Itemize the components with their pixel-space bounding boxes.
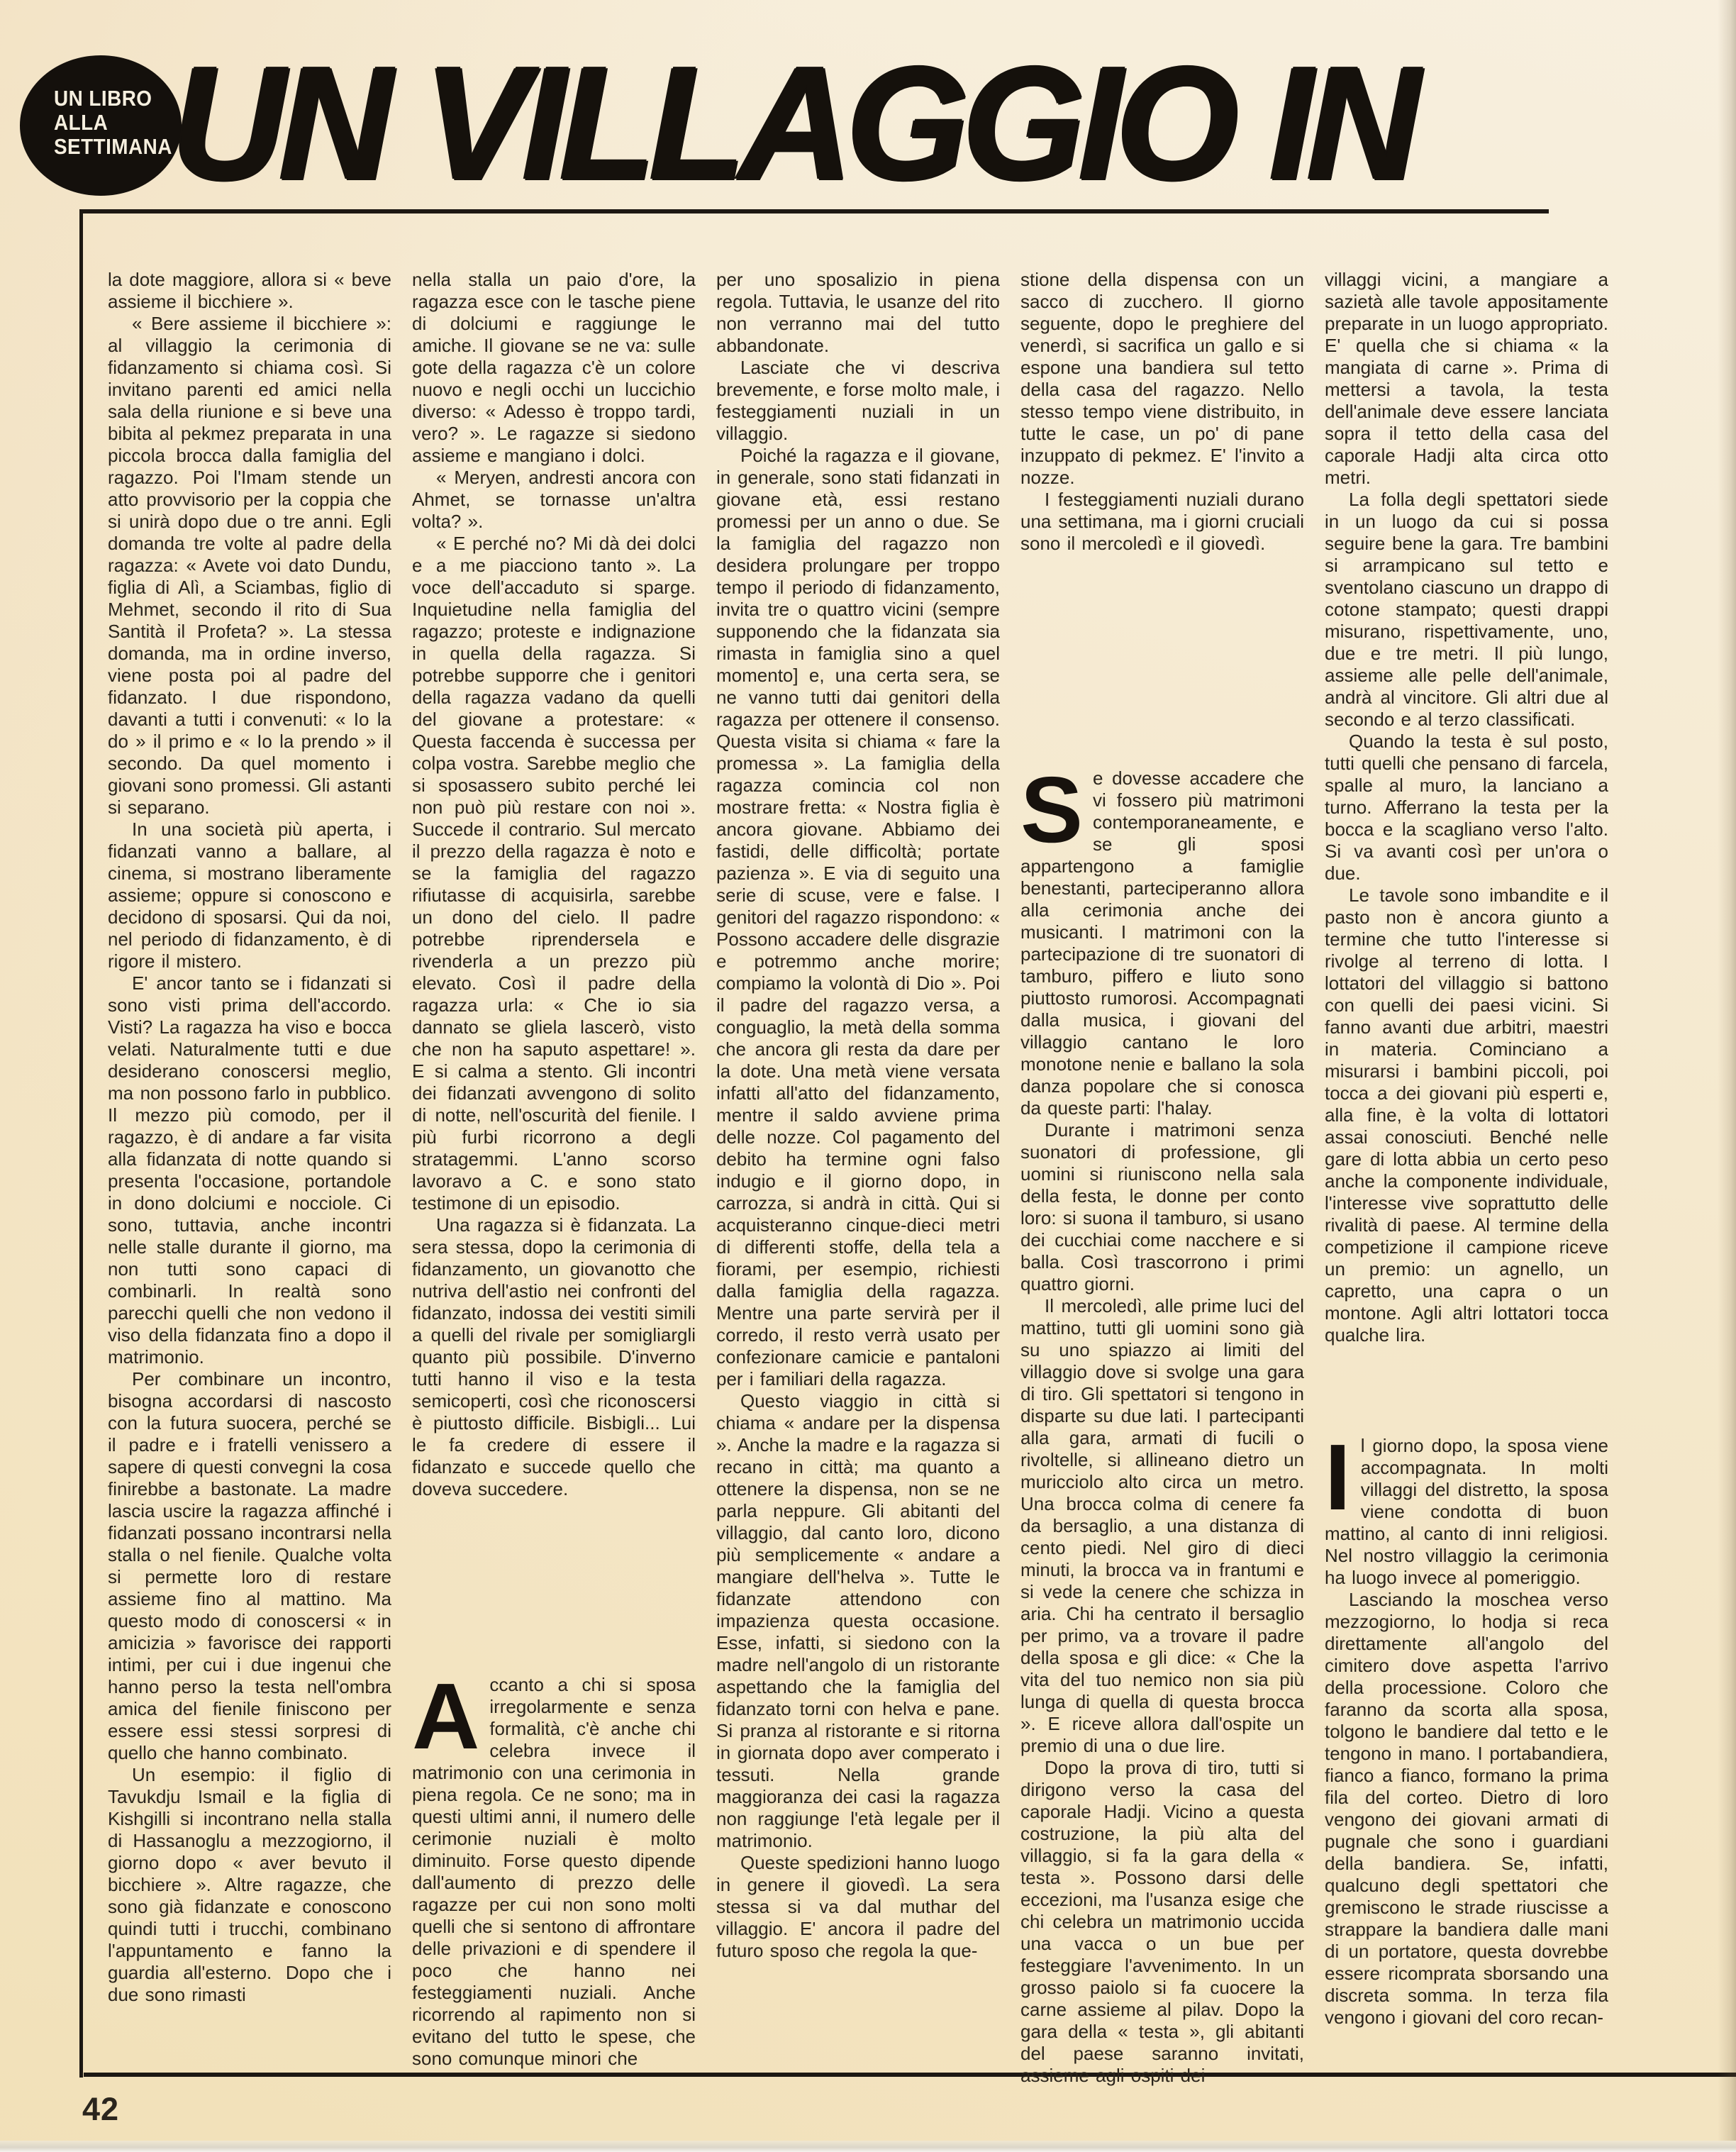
paragraph: « Bere assieme il bicchiere »: al villag… xyxy=(108,313,391,819)
paragraph: Questo viaggio in città si chiama « anda… xyxy=(716,1390,1000,1852)
paragraph: Queste spedizioni hanno luogo in genere … xyxy=(716,1852,1000,1962)
paragraph: Durante i matrimoni senza suonatori di p… xyxy=(1020,1119,1304,1295)
paragraph: la dote maggiore, allora si « beve assie… xyxy=(108,269,391,313)
paragraph: villaggi vicini, a mangiare a sazietà al… xyxy=(1325,269,1608,489)
article-column-3: per uno sposalizio in piena regola. Tutt… xyxy=(716,269,1000,1962)
paragraph: Le tavole sono imbandite e il pasto non … xyxy=(1325,884,1608,1346)
paragraph: Poiché la ragazza e il giovane, in gener… xyxy=(716,445,1000,1390)
paragraph: In una società più aperta, i fidanzati v… xyxy=(108,819,391,972)
article-column-2: nella stalla un paio d'ore, la ragazza e… xyxy=(412,269,696,2070)
paragraph: Accanto a chi si sposa irregolarmente e … xyxy=(412,1674,696,2070)
page-number: 42 xyxy=(82,2091,119,2128)
paragraph: La folla degli spettatori siede in un lu… xyxy=(1325,489,1608,731)
paragraph: E' ancor tanto se i fidanzati si sono vi… xyxy=(108,972,391,1368)
column-gap xyxy=(412,1500,696,1674)
paragraph: Lasciate che vi descriva brevemente, e f… xyxy=(716,357,1000,445)
magazine-page: { "page": { "number": "42", "badge": { "… xyxy=(0,0,1736,2152)
column-gap xyxy=(1020,555,1304,767)
paragraph: Lasciando la moschea verso mezzogiorno, … xyxy=(1325,1589,1608,2029)
article-column-5: villaggi vicini, a mangiare a sazietà al… xyxy=(1325,269,1608,2029)
paragraph: Dopo la prova di tiro, tutti si dirigono… xyxy=(1020,1757,1304,2087)
article-column-4: stione della dispensa con un sacco di zu… xyxy=(1020,269,1304,2087)
dropcap-letter: S xyxy=(1020,774,1083,845)
paragraph: Il mercoledì, alle prime luci del mattin… xyxy=(1020,1295,1304,1757)
paragraph: « E perché no? Mi dà dei dolci e a me pi… xyxy=(412,533,696,1214)
paragraph: stione della dispensa con un sacco di zu… xyxy=(1020,269,1304,489)
paragraph: Un esempio: il figlio di Tavukdju Ismail… xyxy=(108,1764,391,2006)
paragraph: Il giorno dopo, la sposa viene accompagn… xyxy=(1325,1435,1608,1589)
paragraph: I festeggiamenti nuziali durano una sett… xyxy=(1020,489,1304,555)
article-columns: la dote maggiore, allora si « beve assie… xyxy=(0,0,1736,2152)
article-column-1: la dote maggiore, allora si « beve assie… xyxy=(108,269,391,2006)
dropcap-letter: A xyxy=(412,1680,479,1752)
paragraph: per uno sposalizio in piena regola. Tutt… xyxy=(716,269,1000,357)
page-edge-shadow xyxy=(1718,0,1736,2152)
dropcap-letter: I xyxy=(1325,1441,1351,1513)
page-bottom-edge xyxy=(0,2141,1736,2152)
paragraph: nella stalla un paio d'ore, la ragazza e… xyxy=(412,269,696,467)
paragraph: « Meryen, andresti ancora con Ahmet, se … xyxy=(412,467,696,533)
paragraph: Per combinare un incontro, bisogna accor… xyxy=(108,1368,391,1764)
paragraph: Quando la testa è sul posto, tutti quell… xyxy=(1325,731,1608,884)
paragraph: Se dovesse accadere che vi fossero più m… xyxy=(1020,767,1304,1119)
paragraph: Una ragazza si è fidanzata. La sera stes… xyxy=(412,1214,696,1500)
column-gap xyxy=(1325,1346,1608,1435)
